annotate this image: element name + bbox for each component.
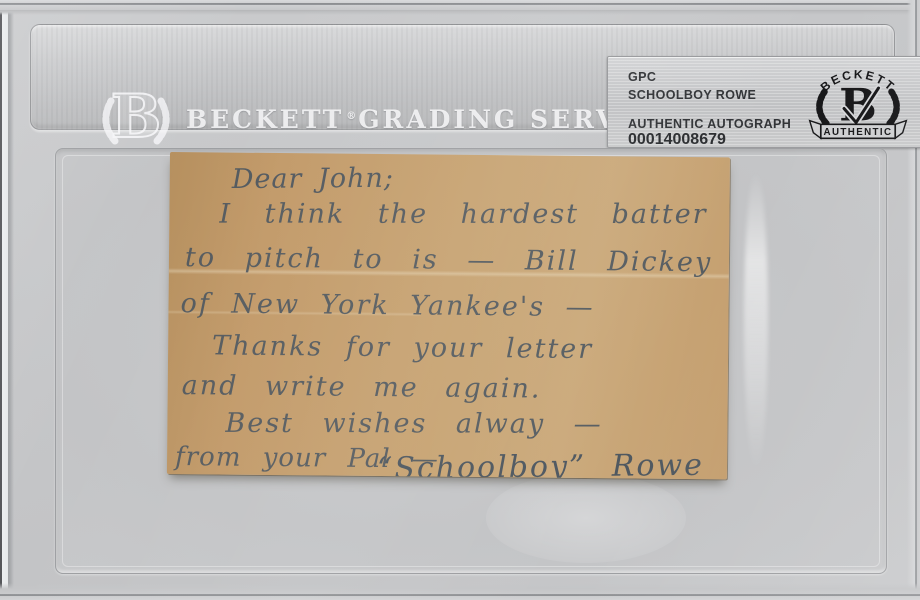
- slab-top-edge: [0, 0, 920, 15]
- registered-mark: ®: [346, 111, 356, 122]
- autographed-postcard: Dear John; I think the hardest batter to…: [167, 152, 730, 479]
- certification-label: GPC SCHOOLBOY ROWE AUTHENTIC AUTOGRAPH 0…: [607, 56, 920, 148]
- acrylic-reflection: [744, 171, 768, 471]
- window-light-patch: [486, 473, 686, 563]
- note-line: Best wishes alway —: [225, 408, 602, 440]
- beckett-authentic-seal-icon: BECKETT B AUTHENTIC: [801, 62, 915, 142]
- signature-schoolboy-rowe: “Schoolboy” Rowe: [377, 448, 704, 480]
- note-line: I think the hardest batter: [219, 199, 707, 230]
- certification-type: AUTHENTIC AUTOGRAPH: [628, 117, 791, 131]
- note-line: to pitch to is — Bill Dickey: [185, 242, 713, 278]
- note-line: and write me again.: [182, 370, 542, 404]
- slab-left-edge: [0, 0, 14, 600]
- label-bay: B BECKETT®GRADING SERVICES GPC SCHOOLBOY…: [30, 24, 895, 130]
- item-type: GPC: [628, 70, 656, 84]
- etched-beckett-monogram-icon: B: [93, 71, 179, 155]
- seal-banner-text: AUTHENTIC: [824, 127, 893, 138]
- note-line-salutation: Dear John;: [232, 163, 394, 195]
- grading-slab: B BECKETT®GRADING SERVICES GPC SCHOOLBOY…: [0, 0, 920, 600]
- player-name: SCHOOLBOY ROWE: [628, 88, 756, 102]
- note-line: of New York Yankee's —: [180, 288, 594, 323]
- etched-brand-first: BECKETT: [186, 105, 344, 134]
- slab-bottom-edge: [0, 583, 920, 600]
- serial-number: 00014008679: [628, 131, 726, 149]
- etched-monogram-letter: B: [111, 82, 162, 152]
- note-line: Thanks for your letter: [212, 330, 593, 365]
